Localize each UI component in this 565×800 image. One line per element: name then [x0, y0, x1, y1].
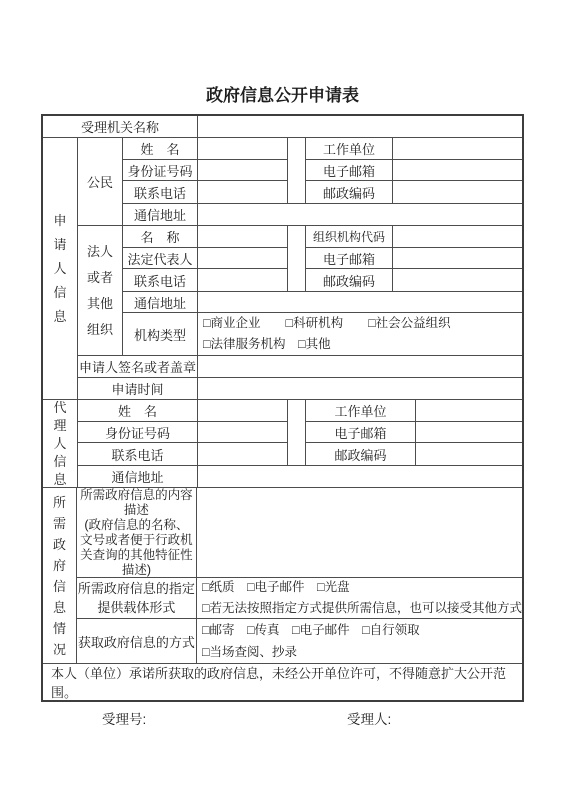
citizen-postcode-label: 邮政编码	[306, 181, 393, 203]
agent-workunit-input[interactable]	[416, 400, 522, 421]
citizen-address-label: 通信地址	[123, 204, 198, 225]
agent-name-input[interactable]	[198, 400, 288, 421]
signature-input[interactable]	[198, 356, 522, 377]
legal-postcode-label: 邮政编码	[306, 269, 393, 291]
agent-spacer	[288, 400, 306, 465]
agent-postcode-input[interactable]	[416, 443, 522, 465]
legal-group-label: 法人 或者 其他 组织	[78, 226, 123, 355]
carrier-checkbox-line2[interactable]: □若无法按照指定方式提供所需信息，也可以接受其他方式	[202, 598, 522, 619]
signature-label: 申请人签名或者盖章	[78, 356, 198, 377]
legal-block: 法人 或者 其他 组织 名 称 法定代表人	[78, 226, 522, 356]
info-carrier-label: 所需政府信息的指定 提供载体形式	[77, 578, 197, 618]
legal-rep-input[interactable]	[198, 248, 288, 269]
page-title: 政府信息公开申请表	[0, 81, 565, 106]
info-section: 所 需 政 府 信 息 情 况 所需政府信息的内容 描述 (政府信息的名称、 文…	[43, 488, 522, 664]
citizen-address-input[interactable]	[198, 204, 522, 225]
legal-name-label: 名 称	[123, 226, 198, 247]
citizen-name-label: 姓 名	[123, 138, 198, 159]
info-carrier-options: □纸质 □电子邮件 □光盘 □若无法按照指定方式提供所需信息，也可以接受其他方式	[197, 578, 522, 618]
obtain-checkbox-line1[interactable]: □邮寄 □传真 □电子邮件 □自行领取	[202, 619, 420, 641]
legal-orgtype-options: □商业企业 □科研机构 □社会公益组织 □法律服务机构 □其他	[198, 313, 522, 355]
legal-rep-label: 法定代表人	[123, 248, 198, 269]
legal-postcode-input[interactable]	[393, 269, 522, 291]
agent-address-label: 通信地址	[78, 466, 198, 487]
orgtype-checkbox-line1[interactable]: □商业企业 □科研机构 □社会公益组织	[203, 313, 451, 334]
agent-id-label: 身份证号码	[78, 422, 198, 443]
agent-id-input[interactable]	[198, 422, 288, 443]
legal-orgcode-input[interactable]	[393, 226, 522, 247]
agent-phone-input[interactable]	[198, 443, 288, 465]
promise-statement: 本人（单位）承诺所获取的政府信息，未经公开单位许可，不得随意扩大公开范围。	[43, 664, 522, 700]
citizen-id-label: 身份证号码	[123, 160, 198, 181]
citizen-group-label: 公民	[78, 138, 123, 225]
acceptance-number-label: 受理号:	[102, 708, 146, 728]
info-obtain-options: □邮寄 □传真 □电子邮件 □自行领取 □当场查阅、抄录	[197, 619, 522, 663]
agent-email-input[interactable]	[416, 422, 522, 443]
legal-orgcode-label: 组织机构代码	[306, 226, 393, 247]
legal-spacer	[288, 226, 306, 291]
agent-workunit-label: 工作单位	[306, 400, 416, 421]
applicant-side-label: 申 请 人 信 息	[43, 138, 78, 399]
apply-time-input[interactable]	[198, 378, 522, 399]
agent-email-label: 电子邮箱	[306, 422, 416, 443]
citizen-postcode-input[interactable]	[393, 181, 522, 203]
apply-time-label: 申请时间	[78, 378, 198, 399]
legal-email-label: 电子邮箱	[306, 248, 393, 269]
citizen-name-input[interactable]	[198, 138, 288, 159]
carrier-checkbox-line1[interactable]: □纸质 □电子邮件 □光盘	[202, 577, 350, 598]
signature-row: 申请人签名或者盖章	[78, 356, 522, 378]
acceptance-person-label: 受理人:	[347, 708, 391, 728]
legal-address-label: 通信地址	[123, 292, 198, 312]
citizen-spacer	[288, 138, 306, 203]
applicant-section: 申 请 人 信 息 公民 姓 名 身份证号码	[43, 138, 522, 400]
info-desc-label: 所需政府信息的内容 描述 (政府信息的名称、 文号或者便于行政机 关查询的其他特…	[77, 488, 197, 577]
agent-side-label: 代 理 人 信 息	[43, 400, 78, 487]
legal-address-input[interactable]	[198, 292, 522, 312]
orgtype-checkbox-line2[interactable]: □法律服务机构 □其他	[203, 334, 331, 355]
authority-row: 受理机关名称	[43, 116, 522, 138]
legal-phone-input[interactable]	[198, 269, 288, 291]
authority-input[interactable]	[198, 116, 522, 137]
legal-email-input[interactable]	[393, 248, 522, 269]
agent-address-input[interactable]	[198, 466, 522, 487]
legal-orgtype-label: 机构类型	[123, 313, 198, 355]
application-form-table: 受理机关名称 申 请 人 信 息 公民 姓 名 身份	[41, 114, 524, 702]
citizen-id-input[interactable]	[198, 160, 288, 181]
agent-name-label: 姓 名	[78, 400, 198, 421]
obtain-checkbox-line2[interactable]: □当场查阅、抄录	[202, 641, 297, 663]
info-side-label: 所 需 政 府 信 息 情 况	[43, 488, 77, 663]
citizen-workunit-label: 工作单位	[306, 138, 393, 159]
legal-phone-label: 联系电话	[123, 269, 198, 291]
agent-section: 代 理 人 信 息 姓 名 身份证号码 联系电话	[43, 400, 522, 488]
legal-name-input[interactable]	[198, 226, 288, 247]
authority-label: 受理机关名称	[43, 116, 198, 137]
citizen-workunit-input[interactable]	[393, 138, 522, 159]
citizen-phone-label: 联系电话	[123, 181, 198, 203]
apply-time-row: 申请时间	[78, 378, 522, 399]
info-obtain-label: 获取政府信息的方式	[77, 619, 197, 663]
info-desc-input[interactable]	[197, 488, 522, 577]
agent-phone-label: 联系电话	[78, 443, 198, 465]
citizen-phone-input[interactable]	[198, 181, 288, 203]
agent-postcode-label: 邮政编码	[306, 443, 416, 465]
citizen-email-input[interactable]	[393, 160, 522, 181]
citizen-block: 公民 姓 名 身份证号码	[78, 138, 522, 226]
citizen-email-label: 电子邮箱	[306, 160, 393, 181]
